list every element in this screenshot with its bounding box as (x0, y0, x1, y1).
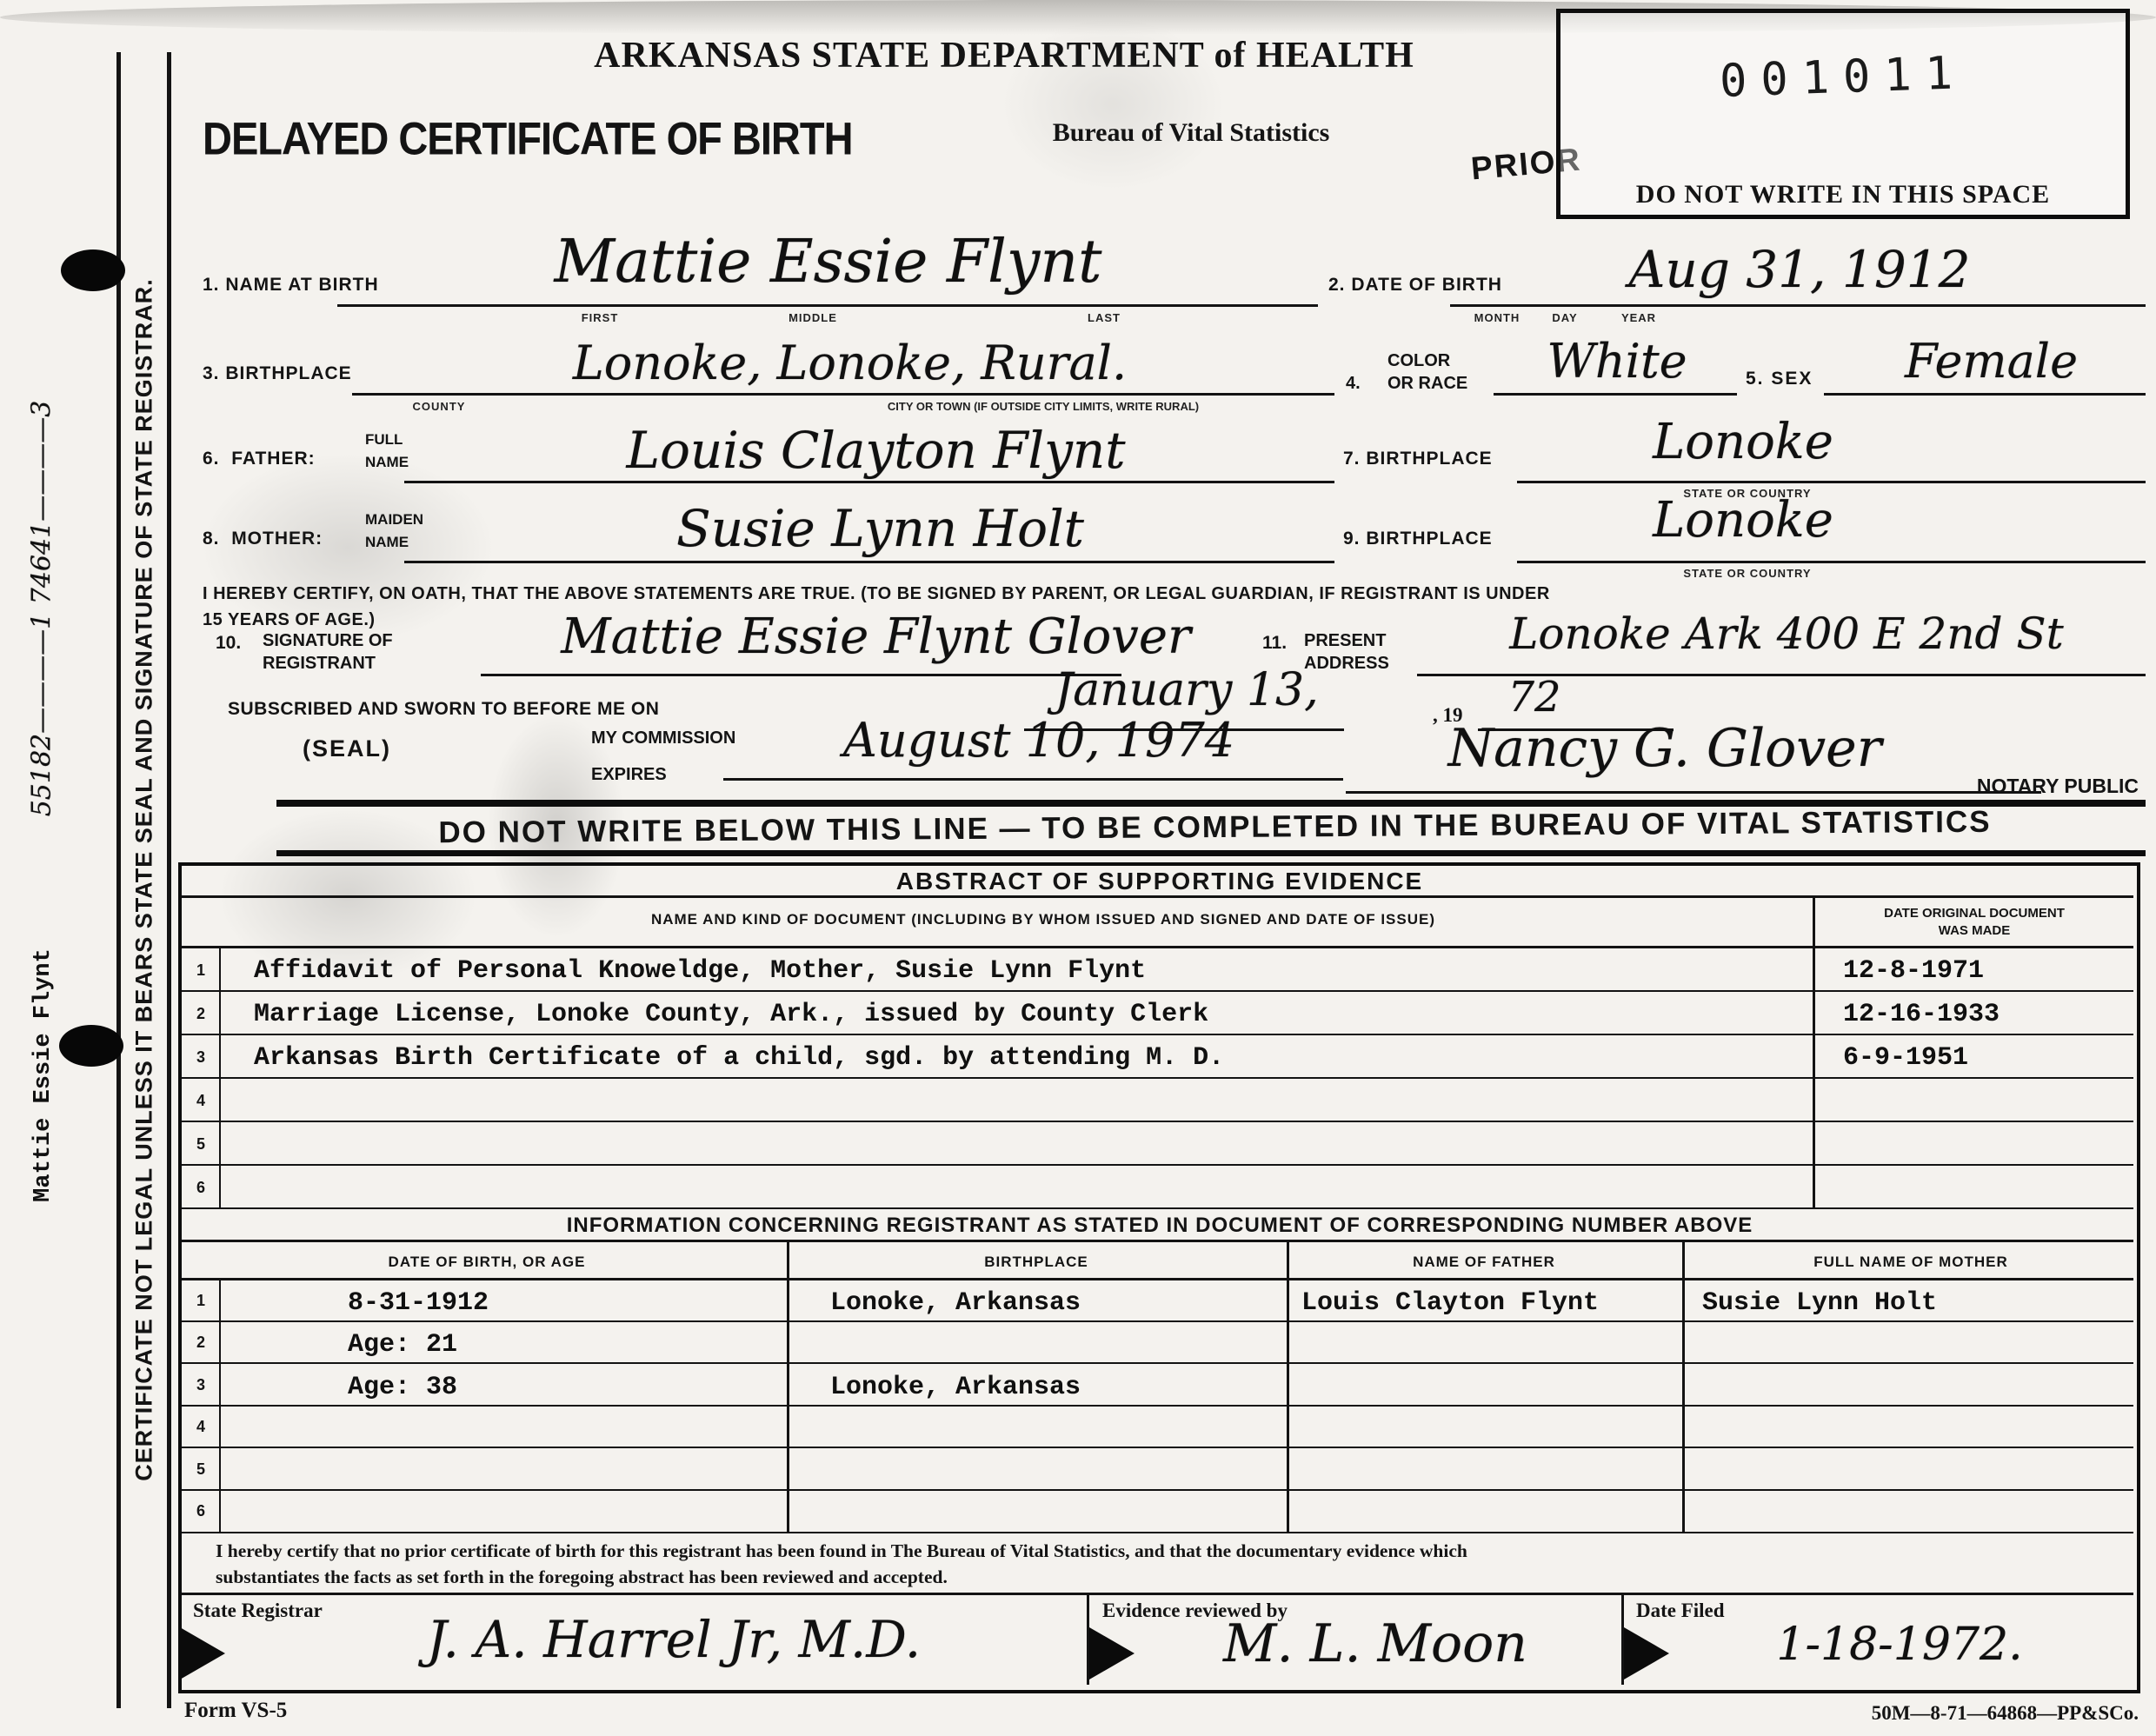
sublabel-day: DAY (1530, 311, 1600, 324)
sidebar-rule-right (167, 52, 171, 1708)
abstract-row-number: 5 (186, 1135, 216, 1154)
sublabel-state-or-country-mother: STATE OR COUNTRY (1656, 567, 1839, 580)
abstract-document-cell: Arkansas Birth Certificate of a child, s… (254, 1043, 1224, 1073)
info-dob-cell: Age: 38 (348, 1373, 457, 1402)
rule (404, 561, 1334, 563)
rule (182, 946, 2133, 948)
abstract-row-number: 2 (186, 1005, 216, 1023)
field-number-signature: 10. (216, 633, 241, 654)
row-rule (182, 1077, 2133, 1079)
arrow-marker-icon (1089, 1627, 1135, 1679)
hole-punch-bottom (59, 1025, 123, 1067)
field-value-mother-name: Susie Lynn Holt (426, 499, 1334, 558)
info-table-title: INFORMATION CONCERNING REGISTRANT AS STA… (377, 1214, 1942, 1238)
thick-rule (276, 850, 2146, 856)
rule (1517, 561, 2146, 563)
field-label-mother-birthplace: 9. BIRTHPLACE (1343, 529, 1493, 549)
rule (182, 1278, 2133, 1280)
sublabel-month: MONTH (1454, 311, 1540, 324)
rule (1824, 393, 2146, 396)
row-rule (182, 1207, 2133, 1209)
present-address-value: Lonoke Ark 400 E 2nd St (1426, 609, 2147, 659)
bureau-subtitle: Bureau of Vital Statistics (965, 118, 1417, 148)
commission-label-line1: MY COMMISSION (591, 728, 735, 748)
abstract-col1-header: NAME AND KIND OF DOCUMENT (INCLUDING BY … (391, 911, 1695, 928)
field-value-color: White (1500, 334, 1734, 389)
row-rule (182, 1447, 2133, 1448)
row-rule (182, 1164, 2133, 1166)
field-number-mother: 8. (203, 529, 220, 549)
signature-label-line2: REGISTRANT (263, 654, 376, 674)
mother-sublabel-name: NAME (365, 534, 409, 551)
rule (1494, 393, 1737, 396)
sublabel-county: COUNTY (391, 400, 487, 413)
oath-line1: I HEREBY CERTIFY, ON OATH, THAT THE ABOV… (203, 584, 1550, 604)
notary-public-label: NOTARY PUBLIC (1904, 775, 2139, 798)
abstract-col2-header-line1: DATE ORIGINAL DOCUMENT (1821, 906, 2127, 921)
evidence-reviewed-signature: M. L. Moon (1141, 1613, 1610, 1674)
rule (352, 393, 1334, 396)
info-row-number: 1 (186, 1292, 216, 1310)
sublabel-last: LAST (1061, 311, 1148, 324)
father-sublabel-full: FULL (365, 431, 403, 449)
info-col-mother: FULL NAME OF MOTHER (1720, 1254, 2102, 1271)
info-row-number: 3 (186, 1376, 216, 1394)
info-dob-cell: 8-31-1912 (348, 1288, 489, 1318)
stamped-number: 001011 (1560, 42, 2126, 114)
row-rule (182, 1532, 2133, 1533)
field-label-mother: MOTHER: (231, 529, 323, 549)
field-value-mother-birthplace: Lonoke (1556, 492, 1930, 549)
sublabel-first: FIRST (556, 311, 643, 324)
info-dob-cell: Age: 21 (348, 1330, 457, 1360)
field-number-address: 11. (1262, 633, 1287, 654)
date-filed-value: 1-18-1972. (1704, 1619, 2095, 1671)
field-value-birthplace: Lonoke, Lonoke, Rural. (365, 336, 1334, 390)
rule (182, 1240, 2133, 1242)
arrow-marker-icon (180, 1627, 225, 1679)
row-rule (182, 1121, 2133, 1122)
sworn-year-value: 72 (1482, 673, 1587, 722)
abstract-table-title: ABSTRACT OF SUPPORTING EVIDENCE (725, 868, 1594, 895)
field-value-sex: Female (1833, 334, 2150, 389)
abstract-row-number: 3 (186, 1048, 216, 1067)
mother-sublabel-maiden: MAIDEN (365, 511, 423, 529)
commission-label-line2: EXPIRES (591, 765, 667, 785)
hole-punch-top (61, 249, 125, 291)
rule (1517, 481, 2146, 483)
abstract-date-cell: 6-9-1951 (1843, 1043, 1968, 1073)
arrow-marker-icon (1624, 1627, 1669, 1679)
sworn-label: SUBSCRIBED AND SWORN TO BEFORE ME ON (228, 699, 659, 720)
abstract-row-number: 4 (186, 1092, 216, 1110)
rule (723, 778, 1343, 781)
sidebar-file-number: 55182————1 74641————3 (27, 265, 57, 952)
abstract-date-cell: 12-8-1971 (1843, 956, 1984, 986)
row-rule (182, 990, 2133, 992)
sidebar-rule-left (116, 52, 121, 1708)
seal-label: (SEAL) (303, 735, 391, 762)
commission-expires-value: August 10, 1974 (765, 713, 1313, 768)
field-label-color-line2: OR RACE (1387, 374, 1467, 394)
info-birthplace-cell: Lonoke, Arkansas (830, 1288, 1081, 1318)
abstract-date-cell: 12-16-1933 (1843, 1000, 2000, 1029)
row-rule (182, 1362, 2133, 1364)
sidebar-edge-note: CERTIFICATE NOT LEGAL UNLESS IT BEARS ST… (131, 45, 158, 1714)
do-not-write-below-banner: DO NOT WRITE BELOW THIS LINE — TO BE COM… (287, 804, 2143, 852)
form-title: DELAYED CERTIFICATE OF BIRTH (203, 111, 853, 165)
field-value-father-name: Louis Clayton Flynt (417, 421, 1334, 480)
field-label-birthplace: 3. BIRTHPLACE (203, 363, 352, 384)
field-value-date-of-birth: Aug 31, 1912 (1461, 240, 2139, 299)
do-not-write-note: DO NOT WRITE IN THIS SPACE (1560, 180, 2126, 210)
registrant-signature: Mattie Essie Flynt Glover (482, 609, 1269, 665)
sublabel-year: YEAR (1604, 311, 1674, 324)
column-divider (1813, 895, 1815, 1208)
certification-line1: I hereby certify that no prior certifica… (216, 1540, 2119, 1562)
form-number: Form VS-5 (184, 1699, 287, 1723)
state-registrar-signature: J. A. Harrel Jr, M.D. (261, 1610, 1087, 1669)
scanned-birth-certificate: CERTIFICATE NOT LEGAL UNLESS IT BEARS ST… (0, 0, 2156, 1736)
info-row-number: 6 (186, 1502, 216, 1520)
row-rule (182, 1034, 2133, 1035)
info-row-number: 2 (186, 1334, 216, 1352)
field-number-color: 4. (1346, 374, 1361, 394)
sidebar-typed-name: Mattie Essie Flynt (30, 936, 57, 1214)
signature-label-line1: SIGNATURE OF (263, 631, 393, 651)
abstract-document-cell: Marriage License, Lonoke County, Ark., i… (254, 1000, 1208, 1029)
father-sublabel-name: NAME (365, 454, 409, 471)
info-mother-cell: Susie Lynn Holt (1702, 1288, 1937, 1318)
agency-title: ARKANSAS STATE DEPARTMENT of HEALTH (435, 35, 1574, 76)
field-label-color-line1: COLOR (1387, 351, 1450, 371)
oath-line2: 15 YEARS OF AGE.) (203, 610, 376, 630)
row-rule (182, 1320, 2133, 1322)
row-rule (182, 1405, 2133, 1407)
field-label-sex: 5. SEX (1746, 369, 1813, 389)
field-number-father: 6. (203, 449, 220, 469)
field-value-father-birthplace: Lonoke (1565, 414, 1921, 470)
info-col-birthplace: BIRTHPLACE (862, 1254, 1210, 1271)
rule (337, 304, 1318, 307)
certification-line2: substantiates the facts as set forth in … (216, 1566, 2119, 1588)
sworn-date-value: January 13, (1026, 664, 1347, 716)
rule (182, 895, 2133, 898)
print-code: 50M—8-71—64868—PP&SCo. (1765, 1702, 2139, 1725)
sublabel-middle: MIDDLE (765, 311, 861, 324)
abstract-col2-header-line2: WAS MADE (1821, 923, 2127, 938)
info-col-dob: DATE OF BIRTH, OR AGE (269, 1254, 704, 1271)
notary-signature: Nancy G. Glover (1356, 718, 1973, 779)
field-label-father: FATHER: (231, 449, 315, 469)
info-row-number: 5 (186, 1460, 216, 1479)
info-col-father: NAME OF FATHER (1310, 1254, 1658, 1271)
field-label-father-birthplace: 7. BIRTHPLACE (1343, 449, 1493, 469)
info-father-cell: Louis Clayton Flynt (1301, 1288, 1599, 1318)
sublabel-city-or-town: CITY OR TOWN (IF OUTSIDE CITY LIMITS, WR… (748, 400, 1339, 413)
rule (182, 1593, 2133, 1595)
do-not-write-box: 001011 DO NOT WRITE IN THIS SPACE (1556, 9, 2130, 219)
info-birthplace-cell: Lonoke, Arkansas (830, 1373, 1081, 1402)
abstract-row-number: 1 (186, 961, 216, 980)
field-value-name-at-birth: Mattie Essie Flynt (343, 228, 1313, 296)
abstract-document-cell: Affidavit of Personal Knoweldge, Mother,… (254, 956, 1146, 986)
address-label-line1: PRESENT (1304, 631, 1386, 651)
abstract-row-number: 6 (186, 1179, 216, 1197)
info-row-number: 4 (186, 1418, 216, 1436)
row-rule (182, 1489, 2133, 1491)
rule (1450, 304, 2146, 307)
rule (404, 481, 1334, 483)
